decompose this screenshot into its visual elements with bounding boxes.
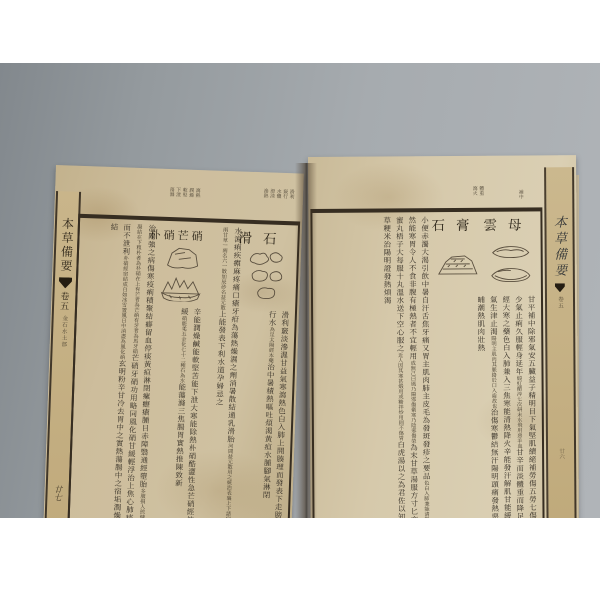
puxiao-text-start: 辛能潤燥鹹能軟堅苦能下泄大寒能除熱朴硝酷澀性急芒硝經煉稍緩硝能柔五金化七十二種石… xyxy=(147,307,203,518)
edge-strip-section: 金石水土部 xyxy=(59,315,68,348)
edge-strip-volume: 卷五 xyxy=(58,291,72,311)
edge-strip-handwritten-title: 本草備要 xyxy=(553,215,566,279)
fishtail-icon xyxy=(59,277,72,288)
entry-title-shigao: 石膏 xyxy=(431,214,480,234)
right-page-number: 廿六 xyxy=(557,448,565,459)
mica-discs-figure xyxy=(489,243,533,289)
puxiao-text-cont: 治陽強之病傷寒疫痢積聚結癖留血停痰黃疸淋閉瘰癧瘡腫目赤障翳通經墮胎多服損人煎煉入… xyxy=(73,222,158,518)
entry-title-yunmu: 雲母 xyxy=(483,213,532,233)
edge-strip-book-title: 本草備要 xyxy=(60,217,74,273)
talc-lumps-figure xyxy=(243,248,291,308)
gypsum-mound-figure xyxy=(437,250,479,276)
entry-title-huashi: 滑石 xyxy=(238,226,288,248)
headnote-yunmu: 補中 xyxy=(516,190,523,204)
mirabilite-crystals-figure xyxy=(159,273,202,302)
right-edge-strip: 本草備要 卷五 廿六 xyxy=(544,167,577,518)
yunmu-shigao-text: 甘平補中除邪氣安五臟益子精明目下氣堅肌續絕補勞傷五勞七傷虛損少氣止痢久服輕身延年… xyxy=(433,295,539,518)
headnote-puxiao: 瀉熱潤燥軟堅下泄蕩滌 xyxy=(167,187,200,202)
right-page-frame: 雲母 石膏 甘平補中除邪氣安五臟益子精明目下氣堅肌續絕補勞傷五 xyxy=(310,207,544,518)
huashi-text-start: 滑利竅淡滲濕甘益氣寒瀉熱色白入肺上開腠理而發表下走膀胱而行水為足太陽經本藥治中暑… xyxy=(233,310,291,518)
right-page: 補中 體重瀉火 雲母 石膏 xyxy=(308,155,579,518)
mirabilite-rock-figure xyxy=(164,245,201,270)
left-page-number: 廿七 xyxy=(52,485,64,501)
edge-strip-volume: 卷五 xyxy=(556,296,564,309)
photo-background: 本草備要 卷五 金石水土部 廿七 滑利竅行水體滑淡滲熱 瀉熱潤燥軟堅下泄蕩滌 滑… xyxy=(0,63,600,518)
headnote-huashi: 滑利竅行水體滑淡滲熱 xyxy=(261,188,294,203)
book-gutter-shadow xyxy=(295,163,317,518)
left-page-frame: 滑石 朴硝芒硝 xyxy=(67,214,300,518)
fishtail-icon xyxy=(555,283,565,292)
shigao-text-cont: 小便赤濁大渴引飲中暑自汗舌焦牙痛又胃主肌肉肺主皮毛為發斑發疹之要品色白入肺兼能清… xyxy=(318,216,432,518)
headnote-shigao: 體重瀉火 xyxy=(470,186,483,200)
left-page: 本草備要 卷五 金石水土部 廿七 滑利竅行水體滑淡滲熱 瀉熱潤燥軟堅下泄蕩滌 滑… xyxy=(42,165,304,518)
